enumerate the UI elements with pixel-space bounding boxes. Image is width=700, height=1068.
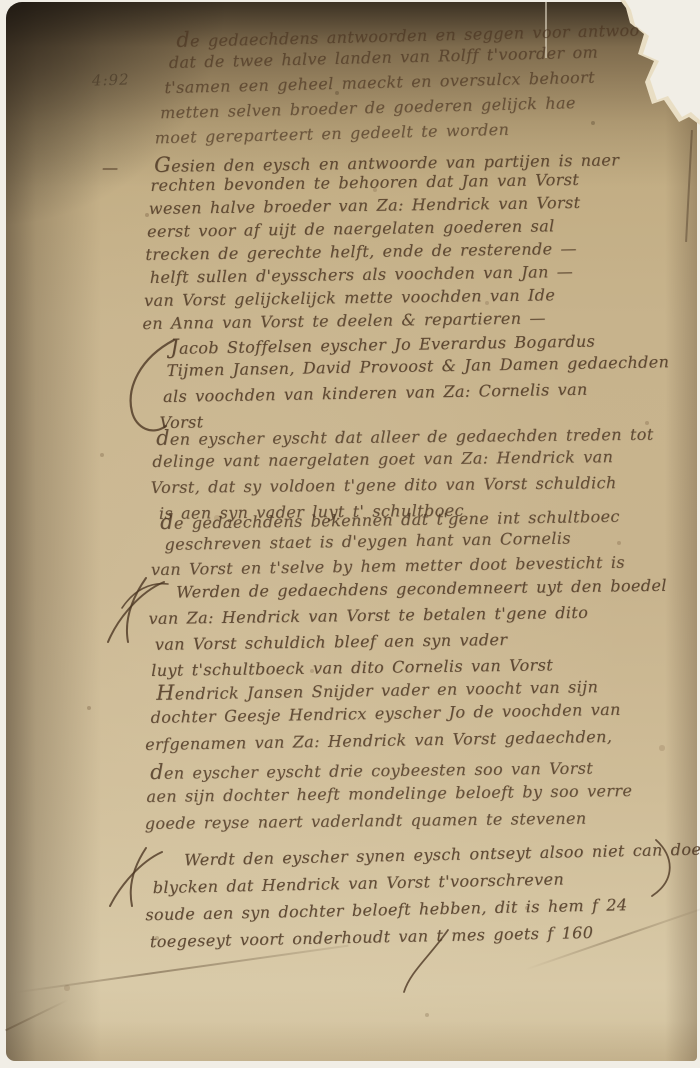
manuscript-paragraph: Hendrick Jansen Snijder vader en voocht …: [148, 673, 622, 762]
manuscript-paragraph: Gesien den eysch en antwoorde van partij…: [146, 146, 622, 337]
manuscript-paragraph: Werdt den eyscher synen eysch ontseyt al…: [158, 839, 700, 959]
margin-dash: —: [102, 158, 118, 177]
manuscript-paragraph: de gedaechdens antwoorden en seggen voor…: [170, 17, 642, 153]
paper-speckles: [6, 2, 8, 4]
manuscript-scan: { "page": { "margin_note": "4:92", "marg…: [0, 0, 700, 1068]
manuscript-paragraph: Werden de gedaechdens gecondemneert uyt …: [148, 576, 668, 687]
manuscript-paragraph: den eyscher eyscht drie coybeesten soo v…: [146, 754, 633, 841]
manuscript-paragraph: de gedaechdens bekennen dat t'gene int s…: [158, 503, 625, 585]
folio-margin-note: 4:92: [92, 70, 130, 89]
